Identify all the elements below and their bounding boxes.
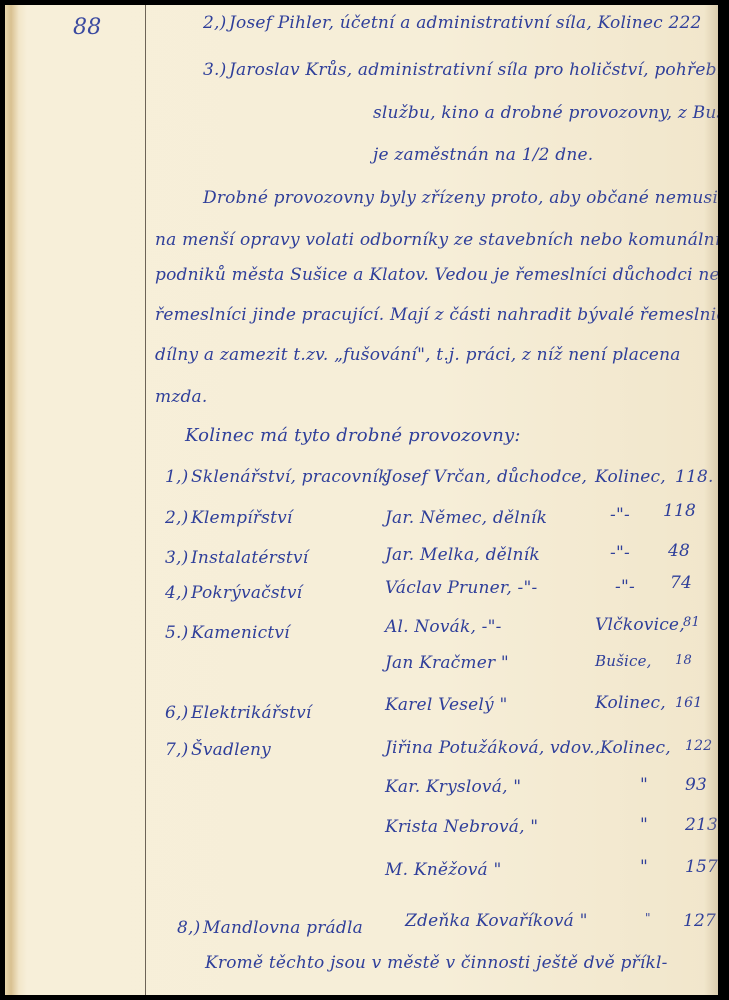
paragraph-line-1: Drobné provozovny byly zřízeny proto, ab… [203, 188, 718, 208]
workshop-worker: Krista Nebrová, " [385, 817, 538, 837]
workshop-house: 122 [685, 738, 712, 754]
workshop-row: 1,)Sklenářství, pracovník [165, 467, 389, 487]
paragraph-line-3: podniků města Sušice a Klatov. Vedou je … [155, 265, 718, 285]
workshop-worker: Jan Kračmer " [385, 653, 509, 673]
workshop-place: Vlčkovice, [595, 615, 685, 635]
workshop-worker: Al. Novák, -"- [385, 617, 502, 637]
paragraph-line-6: mzda. [155, 387, 208, 407]
workshop-house: 213 [685, 815, 718, 835]
workshop-worker: Zdeňka Kovaříková " [405, 911, 588, 931]
ledger-page: 88 2,)Josef Pihler, účetní a administrat… [5, 5, 718, 995]
workshop-worker: Jar. Melka, dělník [385, 545, 540, 565]
workshop-row: 3,)Instalatérství [165, 548, 308, 568]
workshop-house: 93 [685, 775, 707, 795]
workshop-row: 8,)Mandlovna prádla [177, 918, 363, 938]
workshop-worker: Jiřina Potužáková, vdov., [385, 738, 600, 758]
workshop-worker: M. Kněžová " [385, 860, 501, 880]
workshop-place: -"- [615, 577, 635, 597]
workshop-place: " [640, 775, 648, 795]
workshop-row: 7,)Švadleny [165, 740, 271, 760]
workshop-row: 6,)Elektrikářství [165, 703, 312, 723]
workshop-place: Kolinec, [595, 693, 666, 713]
workshop-worker: Václav Pruner, -"- [385, 578, 537, 598]
staff-line-3: službu, kino a drobné provozovny, z Buši… [373, 103, 718, 123]
workshop-place: -"- [610, 505, 630, 525]
workshop-worker: Josef Vrčan, důchodce, [385, 467, 587, 487]
workshop-house: 81 [683, 615, 700, 630]
workshop-place: Kolinec, [600, 738, 671, 758]
workshop-house: 48 [668, 541, 690, 561]
workshop-house: 18 [675, 653, 692, 668]
workshop-worker: Karel Veselý " [385, 695, 508, 715]
paragraph-line-5: dílny a zamezit t.zv. „fušování", t.j. p… [155, 345, 681, 365]
workshop-house: 161 [675, 695, 702, 711]
workshop-house: 157 [685, 857, 718, 877]
list-heading: Kolinec má tyto drobné provozovny: [185, 425, 521, 446]
staff-line-4: je zaměstnán na 1/2 dne. [373, 145, 593, 165]
workshop-house: 127 [683, 911, 716, 931]
page-number: 88 [73, 15, 101, 40]
workshop-worker: Kar. Kryslová, " [385, 777, 521, 797]
workshop-place: " [640, 857, 648, 877]
paragraph-line-4: řemeslníci jinde pracující. Mají z části… [155, 305, 718, 325]
workshop-row: 2,)Klempířství [165, 508, 293, 528]
paragraph-line-2: na menší opravy volati odborníky ze stav… [155, 230, 718, 250]
workshop-house: 118 [663, 501, 696, 521]
workshop-place: " [645, 911, 651, 925]
workshop-place: -"- [610, 543, 630, 563]
workshop-place: " [640, 815, 648, 835]
workshop-row: 4,)Pokrývačství [165, 583, 302, 603]
workshop-house: 74 [670, 573, 692, 593]
workshop-place: Kolinec, [595, 467, 666, 487]
workshop-place: Bušice, [595, 652, 652, 670]
closing-line: Kromě těchto jsou v městě v činnosti ješ… [205, 953, 668, 973]
workshop-house: 118. [675, 467, 714, 487]
workshop-row: 5.)Kamenictví [165, 623, 290, 643]
margin-line [145, 5, 146, 995]
staff-line-1: 2,)Josef Pihler, účetní a administrativn… [203, 13, 702, 33]
staff-line-2: 3.)Jaroslav Krůs, administrativní síla p… [203, 60, 718, 80]
workshop-worker: Jar. Němec, dělník [385, 508, 547, 528]
